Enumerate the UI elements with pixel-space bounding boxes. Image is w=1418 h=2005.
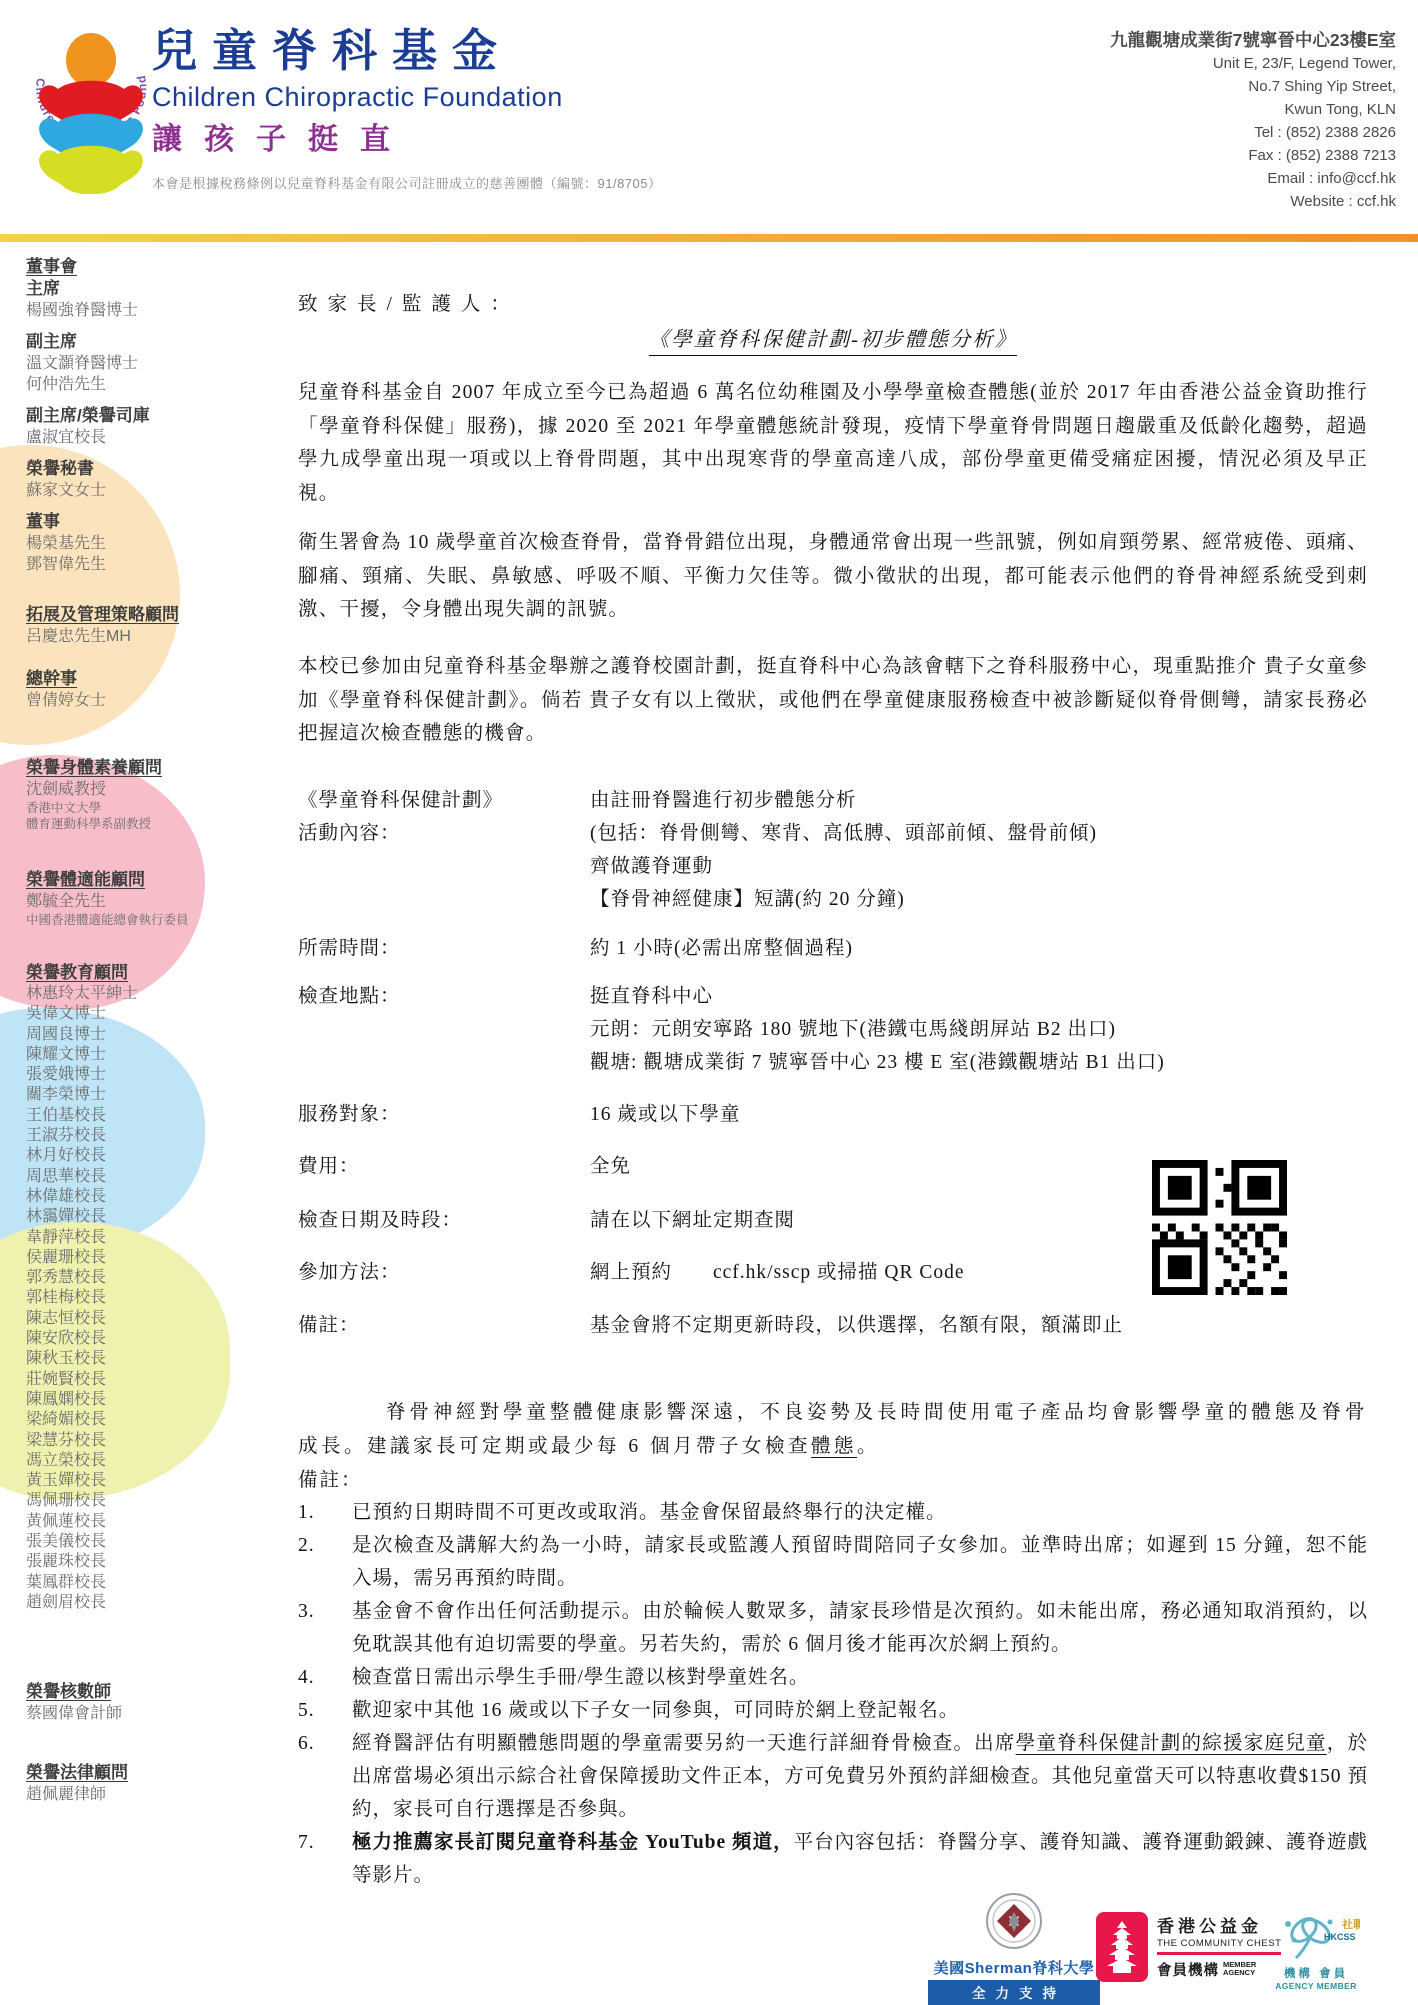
detail-label: 服務對象：	[298, 1098, 590, 1131]
detail-label-line: 《學童脊科保健計劃》	[298, 784, 590, 817]
detail-value-line: 齊做護脊運動	[590, 850, 1097, 883]
board-group-vice-chairman: 副主席 溫文灝脊醫博士何仲浩先生	[26, 331, 226, 395]
note-number: 2.	[298, 1529, 352, 1595]
sidebar-heading: 榮譽身體素養顧問	[26, 757, 226, 779]
education-advisor-name: 王淑芬校長	[26, 1126, 226, 1146]
education-advisor-name: 郭桂梅校長	[26, 1288, 226, 1308]
org-name-en: Children Chiropractic Foundation	[152, 81, 662, 114]
advisor-name: 沈劍威教授	[26, 779, 226, 800]
advisor-affiliation: 香港中文大學	[26, 800, 226, 816]
auditor-name: 蔡國偉會計師	[26, 1703, 226, 1724]
education-advisor-name: 葉鳳群校長	[26, 1573, 226, 1593]
logo-vertebra-yellow	[39, 146, 143, 194]
address-en-line: No.7 Shing Yip Street,	[1110, 75, 1396, 98]
detail-label: 備註：	[298, 1309, 590, 1342]
org-slogan: 讓孩子挺直	[152, 122, 662, 158]
sidebar-heading: 董事會	[26, 256, 226, 278]
detail-label-line: 活動內容：	[298, 817, 590, 850]
board-member-name: 何仲浩先生	[26, 374, 226, 395]
sidebar-heading: 榮譽教育顧問	[26, 962, 226, 984]
note-item-3: 3. 基金會不會作出任何活動提示。由於輪候人數眾多，請家長珍惜是次預約。如未能出…	[298, 1595, 1368, 1661]
detail-label: 《學童脊科保健計劃》 活動內容：	[298, 784, 590, 916]
chest-member-zh: 會員機構	[1157, 1959, 1219, 1980]
note-text: 基金會不會作出任何活動提示。由於輪候人數眾多，請家長珍惜是次預約。如未能出席，務…	[352, 1595, 1368, 1661]
education-advisor-name: 王伯基校長	[26, 1106, 226, 1126]
detail-value-line: 由註冊脊醫進行初步體態分析	[590, 784, 1097, 817]
education-advisor-name: 郭秀慧校長	[26, 1268, 226, 1288]
detail-value-line: 16 歲或以下學童	[590, 1098, 740, 1131]
education-advisor-name: 張美儀校長	[26, 1532, 226, 1552]
board-group-secretary: 榮譽秘書 蘇家文女士	[26, 458, 226, 501]
board-group-chairman: 主席 楊國強脊醫博士	[26, 278, 226, 321]
subject-line-wrap: 《學童脊科保健計劃-初步體態分析》	[298, 322, 1368, 356]
detail-row-activity: 《學童脊科保健計劃》 活動內容： 由註冊脊醫進行初步體態分析(包括：脊骨側彎、寒…	[298, 784, 1368, 916]
board-group-title: 主席	[26, 278, 226, 300]
contact-block: 九龍觀塘成業街7號寧晉中心23樓E室 Unit E, 23/F, Legend …	[1110, 28, 1396, 213]
education-advisor-name: 張愛娥博士	[26, 1065, 226, 1085]
advisor-affiliation: 體育運動科學系副教授	[26, 816, 226, 832]
note-number: 3.	[298, 1595, 352, 1661]
board-member-name: 溫文灝脊醫博士	[26, 353, 226, 374]
chest-name-zh: 香港公益金	[1157, 1912, 1281, 1937]
hkcss-member-zh: 機構 會員	[1270, 1965, 1362, 1981]
note-number: 7.	[298, 1826, 352, 1892]
education-advisor-name: 陳耀文博士	[26, 1045, 226, 1065]
note-item-5: 5. 歡迎家中其他 16 歲或以下子女一同參與，可同時於網上登記報名。	[298, 1694, 1368, 1727]
sidebar-legal-advisor-section: 榮譽法律顧問 趙佩麗律師	[26, 1762, 226, 1805]
board-group-title: 副主席	[26, 331, 226, 353]
education-advisor-name: 林月好校長	[26, 1146, 226, 1166]
sidebar-board-section: 董事會 主席 楊國強脊醫博士 副主席 溫文灝脊醫博士何仲浩先生 副主席/榮譽司庫…	[26, 256, 226, 575]
detail-label: 檢查地點：	[298, 980, 590, 1079]
detail-value-line: 請在以下網址定期查閱	[590, 1204, 795, 1237]
education-advisor-name: 張麗珠校長	[26, 1552, 226, 1572]
legal-advisor-name: 趙佩麗律師	[26, 1784, 226, 1805]
sidebar-ceo-section: 總幹事 曾倩婷女士	[26, 668, 226, 711]
note-number: 1.	[298, 1496, 352, 1529]
notes-list: 1. 已預約日期時間不可更改或取消。基金會保留最終舉行的決定權。 2. 是次檢查…	[298, 1496, 1368, 1892]
board-group-title: 董事	[26, 511, 226, 533]
hkcss-ribbon-icon: HKCSS 社聯	[1272, 1914, 1360, 1960]
advisor-affiliation: 中國香港體適能總會執行委員	[26, 912, 226, 928]
subject-title: 《學童脊科保健計劃-初步體態分析》	[649, 322, 1018, 356]
qr-code-image	[1152, 1160, 1287, 1295]
board-group-treasurer: 副主席/榮譽司庫 盧淑宜校長	[26, 405, 226, 448]
education-advisor-name: 馮佩珊校長	[26, 1491, 226, 1511]
education-advisor-name: 梁綺媚校長	[26, 1410, 226, 1430]
detail-value-line: 觀塘: 觀塘成業街 7 號寧晉中心 23 樓 E 室(港鐵觀塘站 B1 出口)	[590, 1046, 1165, 1079]
note-underlined-part: 學童脊科保健計劃的綜援家庭兒童	[1016, 1733, 1327, 1754]
chest-member-en: MEMBER AGENCY	[1223, 1961, 1256, 1978]
email-line: Email : info@ccf.hk	[1110, 167, 1396, 190]
advisor-name: 鄭毓全先生	[26, 891, 226, 912]
chest-member-en-line: AGENCY	[1223, 1969, 1256, 1978]
note-text: 經脊醫評估有明顯體態問題的學童需要另約一天進行詳細脊骨檢查。出席學童脊科保健計劃…	[352, 1727, 1368, 1826]
detail-value-line: 【脊骨神經健康】短講(約 20 分鐘)	[590, 883, 1097, 916]
paragraph-intro: 兒童脊科基金自 2007 年成立至今已為超過 6 萬名位幼稚園及小學學童檢查體態…	[298, 376, 1368, 510]
detail-row-remark: 備註： 基金會將不定期更新時段，以供選擇，名額有限，額滿即止	[298, 1309, 1368, 1342]
education-advisor-name: 陳秋玉校長	[26, 1349, 226, 1369]
address-en-line: Kwun Tong, KLN	[1110, 98, 1396, 121]
hkcss-logo-block: HKCSS 社聯 機構 會員 AGENCY MEMBER	[1270, 1914, 1362, 1991]
education-advisor-name: 黃佩蓮校長	[26, 1512, 226, 1532]
note-item-4: 4. 檢查當日需出示學生手冊/學生證以核對學童姓名。	[298, 1661, 1368, 1694]
board-group-title: 副主席/榮譽司庫	[26, 405, 226, 427]
community-chest-logo-block: 香港公益金 THE COMMUNITY CHEST 會員機構 MEMBER AG…	[1096, 1912, 1281, 1982]
registration-note: 本會是根據稅務條例以兒童脊科基金有限公司註冊成立的慈善團體（編號：91/8705…	[152, 173, 662, 192]
note-text: 是次檢查及講解大約為一小時，請家長或監護人預留時間陪同子女參加。並準時出席；如遲…	[352, 1529, 1368, 1595]
tel-line: Tel : (852) 2388 2826	[1110, 121, 1396, 144]
header-divider	[0, 234, 1418, 242]
education-advisor-name: 陳安欣校長	[26, 1329, 226, 1349]
sidebar-auditor-section: 榮譽核數師 蔡國偉會計師	[26, 1681, 226, 1724]
sherman-support-banner: 全力支持	[928, 1980, 1100, 2005]
sherman-college-logo-block: 美國Sherman脊科大學 全力支持	[928, 1892, 1100, 2005]
website-line: Website : ccf.hk	[1110, 190, 1396, 213]
community-chest-text: 香港公益金 THE COMMUNITY CHEST 會員機構 MEMBER AG…	[1157, 1912, 1281, 1982]
sidebar-education-advisor-section: 榮譽教育顧問 林惠玲太平紳士吳偉文博士周國良博士陳耀文博士張愛娥博士關李榮博士王…	[26, 962, 226, 1613]
education-advisor-name: 關李榮博士	[26, 1085, 226, 1105]
note-item-7: 7. 極力推薦家長訂閱兒童脊科基金 YouTube 頻道，平台內容包括：脊醫分享…	[298, 1826, 1368, 1892]
sherman-name-text: 美國Sherman脊科大學	[928, 1957, 1100, 1978]
education-advisor-name: 林偉雄校長	[26, 1187, 226, 1207]
paragraph-school: 本校已參加由兒童脊科基金舉辦之護脊校園計劃，挺直脊科中心為該會轄下之脊科服務中心…	[298, 650, 1368, 751]
note-text: 極力推薦家長訂閱兒童脊科基金 YouTube 頻道，平台內容包括：脊醫分享、護脊…	[352, 1826, 1368, 1892]
note-number: 4.	[298, 1661, 352, 1694]
education-advisor-name: 梁慧芬校長	[26, 1431, 226, 1451]
board-member-name: 鄧智偉先生	[26, 554, 226, 575]
board-member-name: 楊榮基先生	[26, 533, 226, 554]
education-advisor-name: 馮立榮校長	[26, 1451, 226, 1471]
education-advisor-name: 周思華校長	[26, 1167, 226, 1187]
note-number: 6.	[298, 1727, 352, 1826]
detail-label: 費用：	[298, 1150, 590, 1183]
education-advisor-name: 侯麗珊校長	[26, 1248, 226, 1268]
detail-row-duration: 所需時間： 約 1 小時(必需出席整個過程)	[298, 932, 1368, 965]
sidebar-heading: 總幹事	[26, 668, 226, 690]
hkcss-member-en: AGENCY MEMBER	[1270, 1981, 1362, 1991]
board-member-name: 蘇家文女士	[26, 480, 226, 501]
education-advisor-name: 林惠玲太平紳士	[26, 984, 226, 1004]
education-advisor-name: 林靄嬋校長	[26, 1207, 226, 1227]
chest-name-en: THE COMMUNITY CHEST	[1157, 1938, 1281, 1949]
education-advisor-name: 黃玉嬋校長	[26, 1471, 226, 1491]
detail-label: 參加方法：	[298, 1256, 590, 1289]
education-advisor-name: 陳志恒校長	[26, 1309, 226, 1329]
chest-divider	[1157, 1952, 1281, 1955]
detail-row-target: 服務對象： 16 歲或以下學童	[298, 1098, 1368, 1131]
detail-value-line: 約 1 小時(必需出席整個過程)	[590, 932, 853, 965]
detail-value-line: 挺直脊科中心	[590, 980, 1165, 1013]
note-text: 歡迎家中其他 16 歲或以下子女一同參與，可同時於網上登記報名。	[352, 1694, 1368, 1727]
community-chest-pagoda-icon	[1096, 1912, 1148, 1982]
board-member-name: 盧淑宜校長	[26, 427, 226, 448]
closing-text: 。	[857, 1436, 880, 1457]
address-en-line: Unit E, 23/F, Legend Tower,	[1110, 52, 1396, 75]
sidebar-heading: 榮譽法律顧問	[26, 1762, 226, 1784]
sidebar-fitness-advisor-section: 榮譽體適能顧問 鄭毓全先生 中國香港體適能總會執行委員	[26, 869, 226, 928]
svg-text:社聯: 社聯	[1341, 1917, 1360, 1931]
sidebar-heading: 拓展及管理策略顧問	[26, 604, 226, 626]
org-name-zh: 兒童脊科基金	[152, 26, 662, 76]
detail-value-line: 全免	[590, 1150, 631, 1183]
detail-row-location: 檢查地點： 挺直脊科中心元朗：元朗安寧路 180 號地下(港鐵屯馬綫朗屏站 B2…	[298, 980, 1368, 1079]
note-text-part: 經脊醫評估有明顯體態問題的學童需要另約一天進行詳細脊骨檢查。出席	[352, 1733, 1016, 1754]
note-text: 已預約日期時間不可更改或取消。基金會保留最終舉行的決定權。	[352, 1496, 1368, 1529]
detail-label: 所需時間：	[298, 932, 590, 965]
education-advisor-name: 莊婉賢校長	[26, 1370, 226, 1390]
detail-value-line: (包括：脊骨側彎、寒背、高低膊、頭部前傾、盤骨前傾)	[590, 817, 1097, 850]
address-zh: 九龍觀塘成業街7號寧晉中心23樓E室	[1110, 28, 1396, 52]
paragraph-symptoms: 衛生署會為 10 歲學童首次檢查脊骨，當脊骨錯位出現，身體通常會出現一些訊號，例…	[298, 526, 1368, 627]
sidebar-heading: 榮譽體適能顧問	[26, 869, 226, 891]
ceo-name: 曾倩婷女士	[26, 690, 226, 711]
closing-underlined: 體態	[811, 1436, 857, 1457]
detail-value-line: 基金會將不定期更新時段，以供選擇，名額有限，額滿即止	[590, 1309, 1123, 1342]
detail-label: 檢查日期及時段：	[298, 1204, 590, 1237]
note-bold-part: 極力推薦家長訂閱兒童脊科基金 YouTube 頻道，	[352, 1832, 794, 1853]
education-advisor-name: 陳鳳嫻校長	[26, 1390, 226, 1410]
fax-line: Fax : (852) 2388 7213	[1110, 144, 1396, 167]
foundation-logo: Children Chiropractic Foundation	[24, 14, 158, 194]
sidebar-heading: 榮譽核數師	[26, 1681, 226, 1703]
svg-text:HKCSS: HKCSS	[1324, 1932, 1356, 1942]
sidebar-dev-advisor-section: 拓展及管理策略顧問 呂慶忠先生MH	[26, 604, 226, 647]
letter-page: Children Chiropractic Foundation 兒童脊科基金 …	[0, 0, 1418, 2005]
note-item-6: 6. 經脊醫評估有明顯體態問題的學童需要另約一天進行詳細脊骨檢查。出席學童脊科保…	[298, 1727, 1368, 1826]
board-group-directors: 董事 楊榮基先生鄧智偉先生	[26, 511, 226, 575]
education-advisor-name: 趙劍眉校長	[26, 1593, 226, 1613]
sidebar-physical-literacy-section: 榮譽身體素養顧問 沈劍威教授 香港中文大學體育運動科學系副教授	[26, 757, 226, 832]
closing-paragraph: 脊骨神經對學童整體健康影響深遠，不良姿勢及長時間使用電子產品均會影響學童的體態及…	[298, 1396, 1368, 1464]
board-member-name: 楊國強脊醫博士	[26, 300, 226, 321]
detail-value-line: 網上預約 ccf.hk/sscp 或掃描 QR Code	[590, 1256, 965, 1289]
note-number: 5.	[298, 1694, 352, 1727]
note-item-2: 2. 是次檢查及講解大約為一小時，請家長或監護人預留時間陪同子女參加。並準時出席…	[298, 1529, 1368, 1595]
education-advisor-name: 吳偉文博士	[26, 1004, 226, 1024]
notes-title: 備註：	[298, 1464, 1368, 1492]
board-group-title: 榮譽秘書	[26, 458, 226, 480]
salutation: 致家長/監護人：	[298, 288, 1368, 316]
address-en: Unit E, 23/F, Legend Tower,No.7 Shing Yi…	[1110, 52, 1396, 121]
sherman-seal-icon	[985, 1892, 1043, 1950]
org-title-block: 兒童脊科基金 Children Chiropractic Foundation …	[152, 26, 662, 192]
education-advisor-name: 周國良博士	[26, 1025, 226, 1045]
detail-value-line: 元朗：元朗安寧路 180 號地下(港鐵屯馬綫朗屏站 B2 出口)	[590, 1013, 1165, 1046]
education-advisor-name: 韋靜萍校長	[26, 1228, 226, 1248]
logo-head-shape	[66, 33, 116, 87]
note-text: 檢查當日需出示學生手冊/學生證以核對學童姓名。	[352, 1661, 1368, 1694]
advisor-name: 呂慶忠先生MH	[26, 626, 226, 647]
note-item-1: 1. 已預約日期時間不可更改或取消。基金會保留最終舉行的決定權。	[298, 1496, 1368, 1529]
